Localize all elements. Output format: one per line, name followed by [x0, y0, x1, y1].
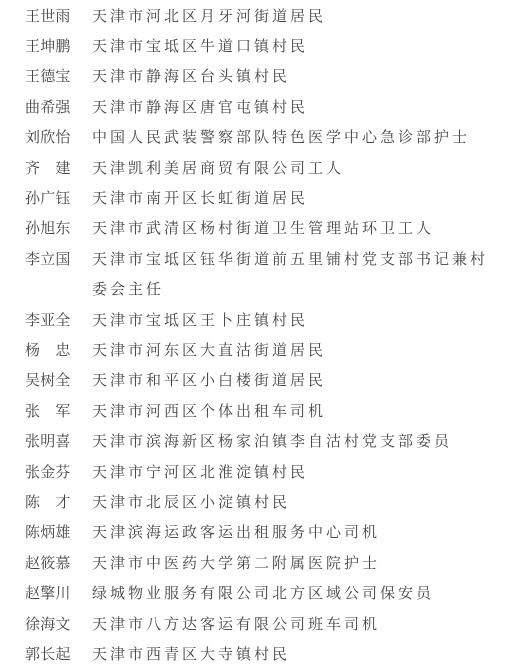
- list-row: 张 军 天津市河西区个体出租车司机: [25, 395, 510, 425]
- list-row: 陈 才 天津市北辰区小淀镇村民: [25, 486, 510, 516]
- honor-list: 王世雨 天津市河北区月牙河街道居民 王坤鹏 天津市宝坻区牛道口镇村民 王德宝 天…: [25, 0, 510, 669]
- list-row: 徐海文 天津市八方达客运有限公司班车司机: [25, 608, 510, 638]
- list-row: 吴树全 天津市和平区小白楼街道居民: [25, 365, 510, 395]
- person-name: 赵筱慕: [25, 552, 92, 573]
- person-description: 天津市宝坻区牛道口镇村民: [92, 35, 308, 56]
- person-description: 天津市静海区台头镇村民: [92, 65, 290, 86]
- person-name: 刘欣怡: [25, 126, 92, 147]
- list-row: 张明喜 天津市滨海新区杨家泊镇李自沽村党支部委员: [25, 425, 510, 455]
- person-description: 天津市宝坻区王卜庄镇村民: [92, 309, 308, 330]
- person-description: 天津市中医药大学第二附属医院护士: [92, 552, 380, 573]
- person-name: 郭长起: [25, 643, 92, 664]
- list-row: 曲希强 天津市静海区唐官屯镇村民: [25, 91, 510, 121]
- list-row: 李立国 天津市宝坻区钰华街道前五里铺村党支部书记兼村: [25, 243, 510, 273]
- list-row: 郭长起 天津市西青区大寺镇村民: [25, 638, 510, 668]
- person-name: 张明喜: [25, 430, 92, 451]
- person-description: 绿城物业服务有限公司北方区域公司保安员: [92, 582, 434, 603]
- person-name: 齐 建: [25, 157, 92, 178]
- person-name: 张金芬: [25, 461, 92, 482]
- person-name: 李亚全: [25, 309, 92, 330]
- list-row: 孙广钰 天津市南开区长虹街道居民: [25, 182, 510, 212]
- list-row: 王德宝 天津市静海区台头镇村民: [25, 61, 510, 91]
- person-name: 陈 才: [25, 491, 92, 512]
- person-description: 天津市北辰区小淀镇村民: [92, 491, 290, 512]
- person-name: 徐海文: [25, 613, 92, 634]
- list-row: 赵擎川 绿城物业服务有限公司北方区域公司保安员: [25, 577, 510, 607]
- person-description: 天津市河北区月牙河街道居民: [92, 5, 326, 26]
- person-name: 孙广钰: [25, 187, 92, 208]
- list-row: 齐 建 天津凯利美居商贸有限公司工人: [25, 152, 510, 182]
- person-description: 天津市宁河区北淮淀镇村民: [92, 461, 308, 482]
- list-row: 刘欣怡 中国人民武装警察部队特色医学中心急诊部护士: [25, 122, 510, 152]
- person-description: 天津市南开区长虹街道居民: [92, 187, 308, 208]
- list-row: 陈炳雄 天津滨海运政客运出租服务中心司机: [25, 517, 510, 547]
- list-row: 李亚全 天津市宝坻区王卜庄镇村民: [25, 304, 510, 334]
- person-description: 天津市滨海新区杨家泊镇李自沽村党支部委员: [92, 430, 452, 451]
- list-row: 王世雨 天津市河北区月牙河街道居民: [25, 0, 510, 30]
- document-page: 王世雨 天津市河北区月牙河街道居民 王坤鹏 天津市宝坻区牛道口镇村民 王德宝 天…: [0, 0, 510, 669]
- person-name: 杨 忠: [25, 339, 92, 360]
- person-name: 张 军: [25, 400, 92, 421]
- person-description: 天津市河西区个体出租车司机: [92, 400, 326, 421]
- person-name: 王德宝: [25, 65, 92, 86]
- person-description: 天津市宝坻区钰华街道前五里铺村党支部书记兼村: [92, 248, 488, 269]
- person-name: 吴树全: [25, 369, 92, 390]
- list-row: 委会主任: [25, 274, 510, 304]
- person-description: 天津市武清区杨村街道卫生管理站环卫工人: [92, 217, 434, 238]
- person-name: 孙旭东: [25, 217, 92, 238]
- list-row: 杨 忠 天津市河东区大直沽街道居民: [25, 334, 510, 364]
- person-description: 天津市西青区大寺镇村民: [92, 643, 290, 664]
- person-name: 赵擎川: [25, 582, 92, 603]
- person-description: 中国人民武装警察部队特色医学中心急诊部护士: [92, 126, 470, 147]
- person-description: 委会主任: [92, 278, 164, 299]
- person-description: 天津市和平区小白楼街道居民: [92, 369, 326, 390]
- person-description: 天津市八方达客运有限公司班车司机: [92, 613, 380, 634]
- person-description: 天津凯利美居商贸有限公司工人: [92, 157, 344, 178]
- person-name: 曲希强: [25, 96, 92, 117]
- list-row: 王坤鹏 天津市宝坻区牛道口镇村民: [25, 30, 510, 60]
- list-row: 孙旭东 天津市武清区杨村街道卫生管理站环卫工人: [25, 213, 510, 243]
- person-name: 李立国: [25, 248, 92, 269]
- list-row: 张金芬 天津市宁河区北淮淀镇村民: [25, 456, 510, 486]
- person-description: 天津市静海区唐官屯镇村民: [92, 96, 308, 117]
- person-description: 天津市河东区大直沽街道居民: [92, 339, 326, 360]
- person-description: 天津滨海运政客运出租服务中心司机: [92, 521, 380, 542]
- person-name: 王世雨: [25, 5, 92, 26]
- person-name: 王坤鹏: [25, 35, 92, 56]
- list-row: 赵筱慕 天津市中医药大学第二附属医院护士: [25, 547, 510, 577]
- person-name: 陈炳雄: [25, 521, 92, 542]
